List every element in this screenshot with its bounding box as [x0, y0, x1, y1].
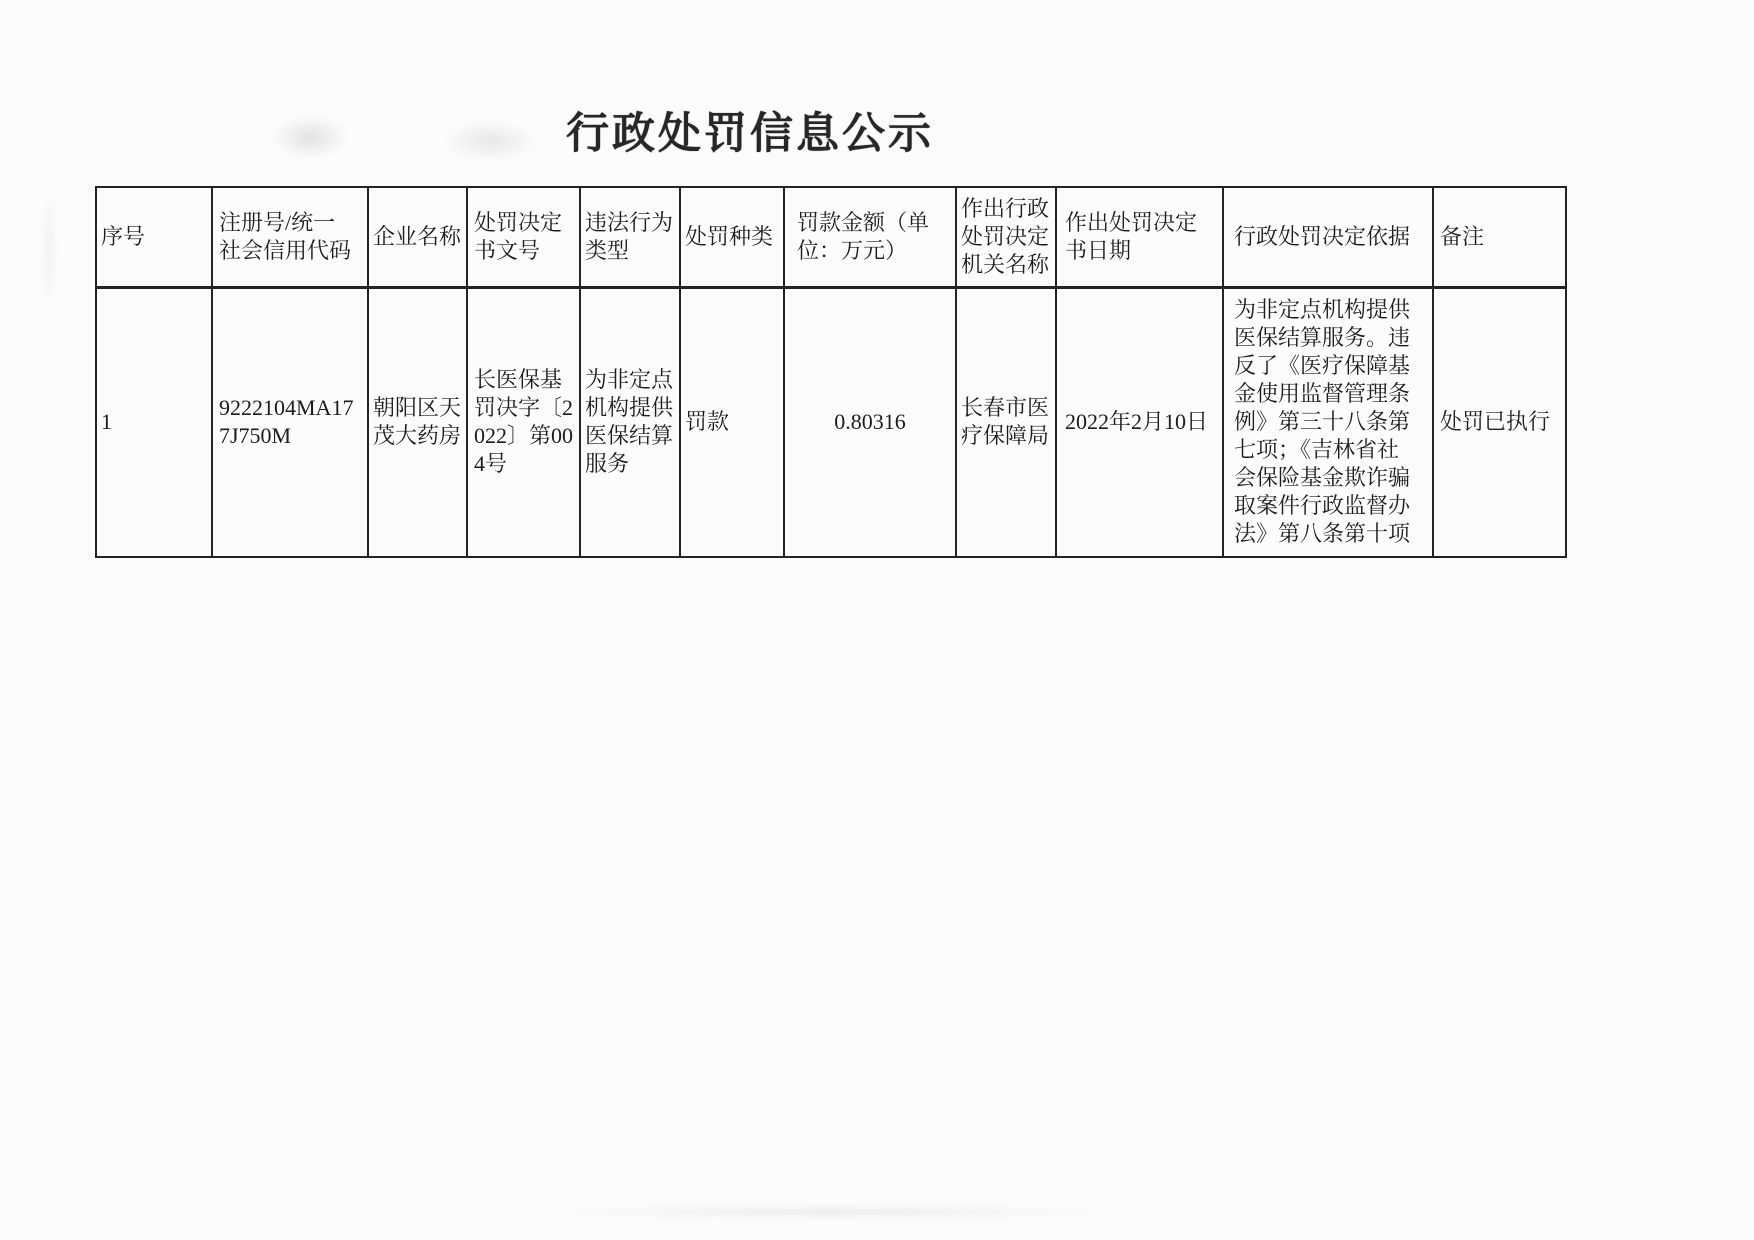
cell-violation-type: 为非定点机构提供医保结算服务 — [580, 287, 680, 557]
cell-serial: 1 — [96, 287, 212, 557]
cell-decision-doc-no: 长医保基罚决字〔2022〕第004号 — [467, 287, 580, 557]
col-header-legal-basis: 行政处罚决定依据 — [1223, 187, 1433, 287]
page-title: 行政处罚信息公示 — [0, 100, 1500, 161]
col-header-fine-amount: 罚款金额（单位：万元） — [784, 187, 956, 287]
table-row: 1 9222104MA177J750M 朝阳区天茂大药房 长医保基罚决字〔202… — [96, 287, 1566, 557]
cell-remarks: 处罚已执行 — [1433, 287, 1566, 557]
cell-authority: 长春市医疗保障局 — [956, 287, 1056, 557]
table-header-row: 序号 注册号/统一社会信用代码 企业名称 处罚决定书文号 违法行为类型 处罚种类… — [96, 187, 1566, 287]
cell-legal-basis: 为非定点机构提供医保结算服务。违反了《医疗保障基金使用监督管理条例》第三十八条第… — [1223, 287, 1433, 557]
col-header-decision-doc-no: 处罚决定书文号 — [467, 187, 580, 287]
col-header-company-name: 企业名称 — [368, 187, 467, 287]
col-header-authority: 作出行政处罚决定机关名称 — [956, 187, 1056, 287]
cell-penalty-type: 罚款 — [680, 287, 784, 557]
cell-company-name: 朝阳区天茂大药房 — [368, 287, 467, 557]
col-header-credit-code: 注册号/统一社会信用代码 — [212, 187, 368, 287]
scan-smudge — [40, 190, 58, 310]
col-header-penalty-type: 处罚种类 — [680, 187, 784, 287]
col-header-remarks: 备注 — [1433, 187, 1566, 287]
cell-fine-amount: 0.80316 — [784, 287, 956, 557]
scan-smudge — [550, 1205, 1110, 1219]
cell-credit-code: 9222104MA177J750M — [212, 287, 368, 557]
col-header-violation-type: 违法行为类型 — [580, 187, 680, 287]
col-header-decision-date: 作出处罚决定书日期 — [1056, 187, 1223, 287]
col-header-serial: 序号 — [96, 187, 212, 287]
penalty-table: 序号 注册号/统一社会信用代码 企业名称 处罚决定书文号 违法行为类型 处罚种类… — [95, 186, 1567, 558]
cell-decision-date: 2022年2月10日 — [1056, 287, 1223, 557]
